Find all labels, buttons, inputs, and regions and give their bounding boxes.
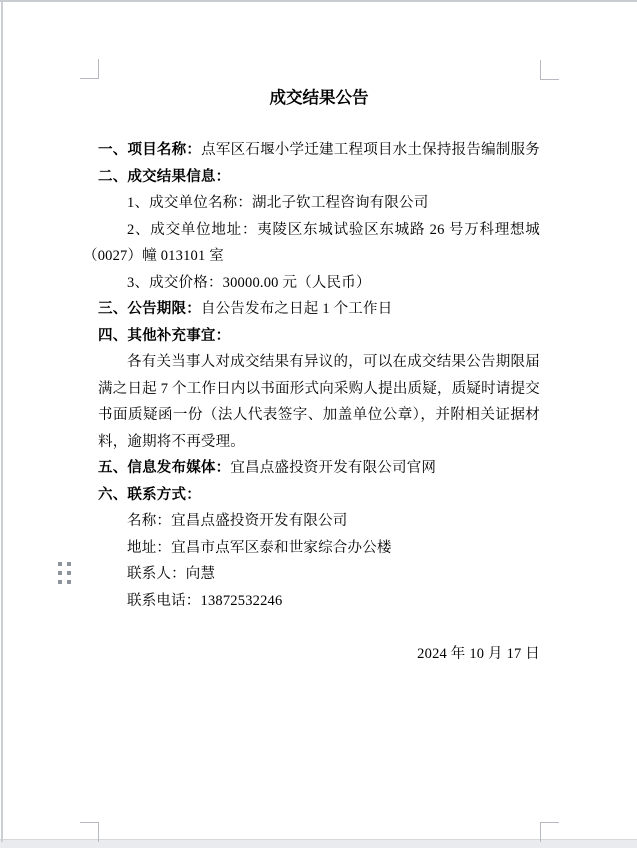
- doc-line: 地址：宜昌市点军区泰和世家综合办公楼: [98, 535, 540, 562]
- document-body: 成交结果公告 一、项目名称：点军区石堰小学迁建工程项目水土保持报告编制服务二、成…: [98, 79, 540, 667]
- doc-line-text: 名称：宜昌点盛投资开发有限公司: [127, 513, 348, 529]
- drag-handle-dots-icon[interactable]: [58, 562, 71, 584]
- doc-line: （0027）幢 013101 室: [83, 243, 540, 270]
- doc-line-text: 各有关当事人对成交结果有异议的，可以在成交结果公告期限届: [127, 354, 540, 370]
- doc-line-text: 自公告发布之日起 1 个工作日: [201, 301, 393, 317]
- margin-mark-top-left: [80, 59, 99, 79]
- blank-line: [98, 614, 540, 641]
- handle-dot: [58, 580, 62, 584]
- doc-line-text: 3、成交价格：30000.00 元（人民币）: [127, 275, 371, 291]
- doc-line: 联系电话：13872532246: [98, 588, 540, 615]
- margin-mark-top-right: [540, 60, 559, 80]
- doc-line: 2、成交单位地址：夷陵区东城试验区东城路 26 号万科理想城: [98, 217, 540, 244]
- doc-line: 名称：宜昌点盛投资开发有限公司: [98, 508, 540, 535]
- handle-dot: [67, 562, 71, 566]
- doc-line-label: 五、信息发布媒体：: [98, 460, 230, 476]
- doc-line-text: 联系电话：13872532246: [127, 593, 282, 609]
- doc-line: 一、项目名称：点军区石堰小学迁建工程项目水土保持报告编制服务: [98, 137, 540, 164]
- doc-line-label: 三、公告期限：: [98, 301, 201, 317]
- doc-line: 1、成交单位名称：湖北子钦工程咨询有限公司: [98, 190, 540, 217]
- doc-line: 三、公告期限：自公告发布之日起 1 个工作日: [98, 296, 540, 323]
- doc-line-label: 二、成交结果信息：: [98, 169, 230, 185]
- handle-dot: [58, 571, 62, 575]
- doc-line: 书面质疑函一份（法人代表签字、加盖单位公章），并附相关证据材: [98, 402, 540, 429]
- handle-dot: [67, 571, 71, 575]
- doc-line-text: 2、成交单位地址：夷陵区东城试验区东城路 26 号万科理想城: [127, 222, 540, 238]
- margin-mark-bottom-right: [540, 822, 559, 842]
- doc-line: 联系人：向慧: [98, 561, 540, 588]
- page-left-edge: [1, 2, 3, 842]
- margin-mark-bottom-left: [80, 822, 99, 842]
- doc-line-text: （0027）幢 013101 室: [83, 248, 224, 264]
- doc-line-text: 点军区石堰小学迁建工程项目水土保持报告编制服务: [201, 142, 540, 158]
- document-title: 成交结果公告: [98, 86, 540, 110]
- doc-line: 二、成交结果信息：: [98, 164, 540, 191]
- doc-line-label: 一、项目名称：: [98, 142, 201, 158]
- doc-line-text: 宜昌点盛投资开发有限公司官网: [230, 460, 436, 476]
- doc-line: 2024 年 10 月 17 日: [98, 641, 540, 668]
- doc-line: 满之日起 7 个工作日内以书面形式向采购人提出质疑，质疑时请提交: [98, 376, 540, 403]
- doc-line: 六、联系方式：: [98, 482, 540, 509]
- doc-line: 五、信息发布媒体：宜昌点盛投资开发有限公司官网: [98, 455, 540, 482]
- doc-line-text: 2024 年 10 月 17 日: [417, 646, 540, 662]
- doc-line: 各有关当事人对成交结果有异议的，可以在成交结果公告期限届: [98, 349, 540, 376]
- doc-line: 四、其他补充事宜：: [98, 323, 540, 350]
- document-lines: 一、项目名称：点军区石堰小学迁建工程项目水土保持报告编制服务二、成交结果信息：1…: [98, 137, 540, 667]
- doc-line: 3、成交价格：30000.00 元（人民币）: [98, 270, 540, 297]
- doc-line-text: 料，逾期将不再受理。: [98, 434, 245, 450]
- doc-line-text: 满之日起 7 个工作日内以书面形式向采购人提出质疑，质疑时请提交: [98, 381, 540, 397]
- doc-line: 料，逾期将不再受理。: [98, 429, 540, 456]
- handle-dot: [58, 562, 62, 566]
- doc-line-text: 地址：宜昌市点军区泰和世家综合办公楼: [127, 540, 392, 556]
- doc-line-text: 书面质疑函一份（法人代表签字、加盖单位公章），并附相关证据材: [98, 407, 540, 423]
- doc-line-label: 四、其他补充事宜：: [98, 328, 230, 344]
- doc-line-label: 六、联系方式：: [98, 487, 201, 503]
- doc-line-text: 1、成交单位名称：湖北子钦工程咨询有限公司: [127, 195, 428, 211]
- document-page: 成交结果公告 一、项目名称：点军区石堰小学迁建工程项目水土保持报告编制服务二、成…: [0, 0, 637, 840]
- doc-line-text: 联系人：向慧: [127, 566, 215, 582]
- handle-dot: [67, 580, 71, 584]
